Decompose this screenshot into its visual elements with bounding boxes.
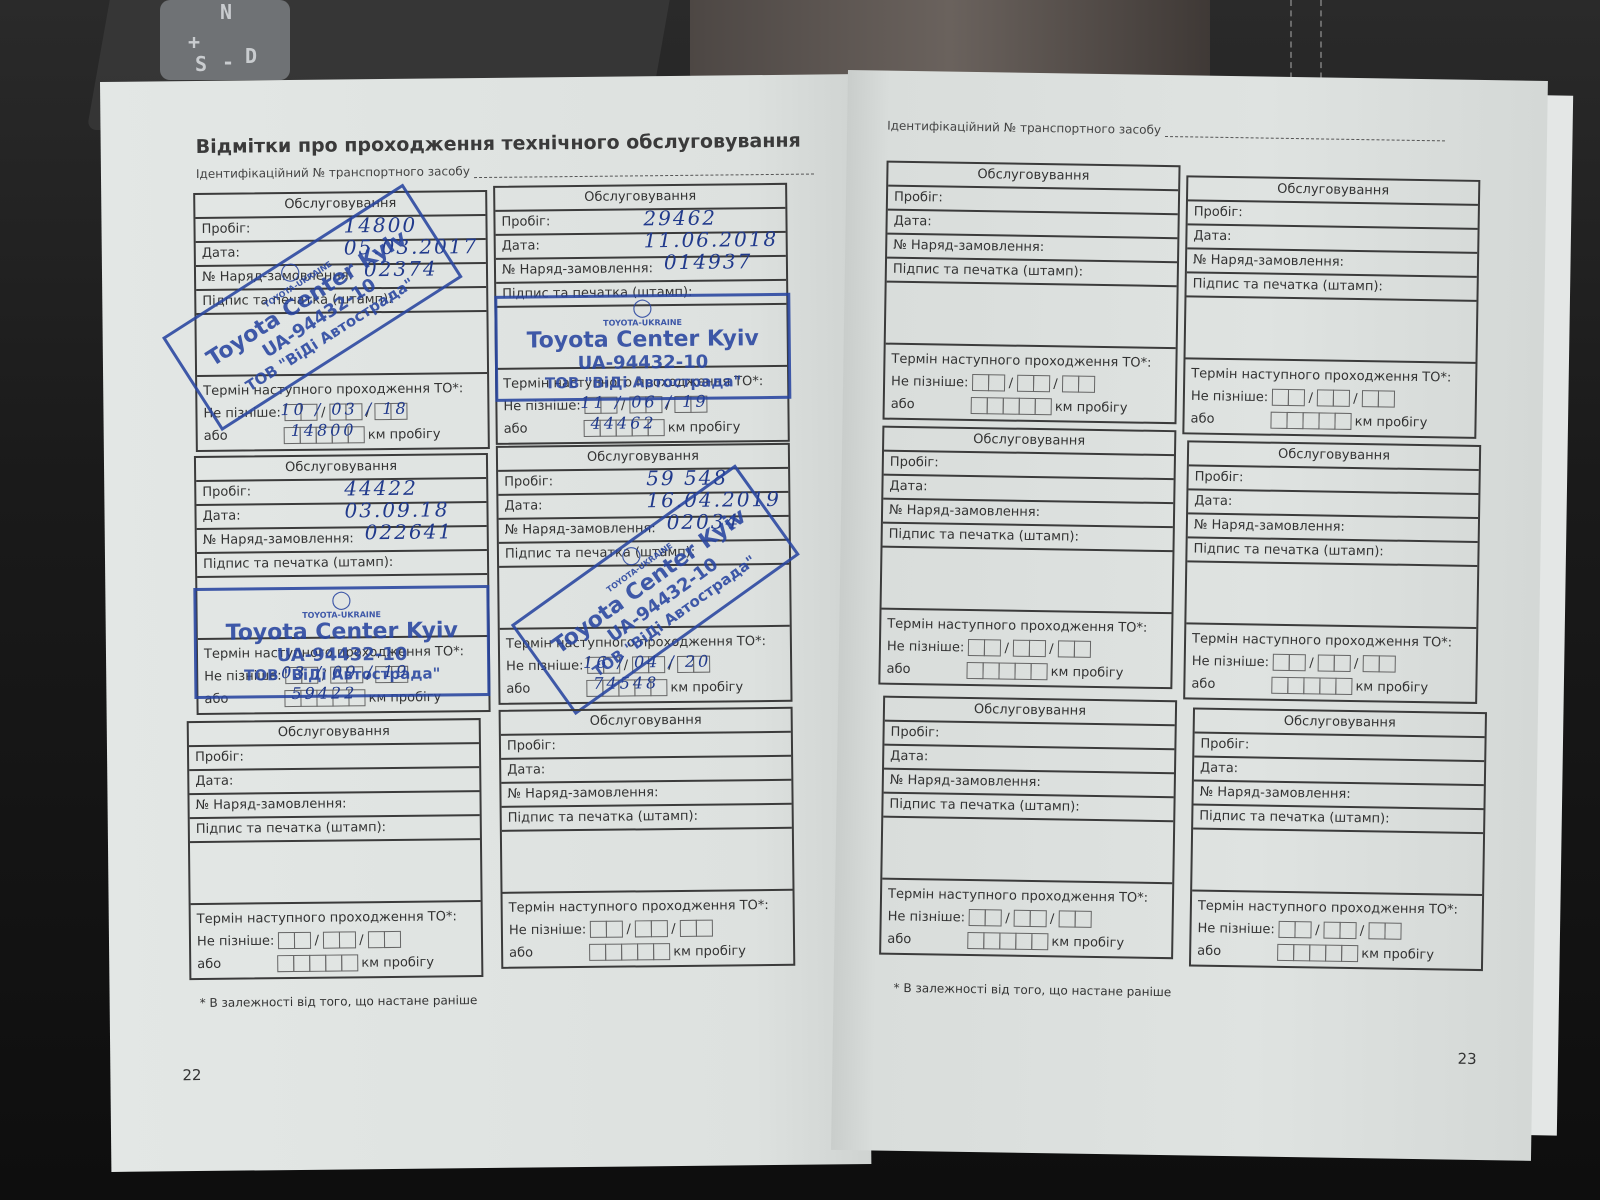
right-page: Ідентифікаційний № транспортного засобу … (831, 70, 1548, 1161)
digit-boxes[interactable] (1062, 373, 1094, 395)
stamp-dealer-name: Toyota Center Kyiv (197, 618, 487, 646)
handwritten-order-value: 022641 (365, 519, 454, 544)
or-label: або (509, 942, 589, 965)
order-label: № Наряд-замовлення: (502, 261, 653, 278)
stamp-organization: ТОВ "ВіДі Автострада" (498, 372, 788, 393)
km-label: км пробігу (1055, 399, 1128, 415)
signature-label: Підпис та печатка (штамп): (889, 797, 1079, 815)
digit-boxes[interactable] (1014, 908, 1046, 930)
gear-label-n: N (220, 0, 232, 24)
not-later-label: Не пізніше: (1197, 921, 1275, 937)
digit-boxes[interactable] (1368, 920, 1400, 942)
date-label: Дата: (195, 774, 233, 789)
km-label: км пробігу (1361, 946, 1434, 962)
signature-row: Підпис та печатка (штамп): (883, 524, 1173, 553)
digit-boxes[interactable] (1362, 388, 1394, 410)
date-label: Дата: (1194, 493, 1232, 509)
signature-row: Підпис та печатка (штамп): (197, 551, 487, 578)
signature-label: Підпис та печатка (штамп): (196, 820, 386, 837)
date-label: Дата: (1193, 228, 1231, 244)
card-header: Обслуговування (495, 185, 785, 212)
signature-label: Підпис та печатка (штамп): (1193, 541, 1383, 559)
vin-line: Ідентифікаційний № транспортного засобу (887, 119, 1445, 142)
km-label: км пробігу (361, 955, 434, 971)
date-label: Дата: (502, 238, 540, 253)
signature-row: Підпис та печатка (штамп): (883, 794, 1173, 823)
card-header: Обслуговування (195, 192, 485, 219)
card-header: Обслуговування (189, 720, 479, 747)
next-service-label: Термін наступного проходження ТО*: (197, 906, 475, 931)
page-number: 23 (1457, 1050, 1476, 1068)
or-label: або (1191, 673, 1271, 696)
mileage-label: Пробіг: (1200, 737, 1249, 753)
order-label: № Наряд-замовлення: (1200, 785, 1351, 802)
not-later-label: Не пізніше: (888, 909, 966, 925)
signature-area[interactable] (1192, 830, 1483, 897)
km-label: км пробігу (1051, 664, 1124, 680)
signature-row: Підпис та печатка (штамп): (887, 259, 1177, 288)
order-label: № Наряд-замовлення: (893, 238, 1044, 255)
service-record-card: ОбслуговуванняПробіг:Дата:№ Наряд-замовл… (883, 161, 1181, 425)
order-label: № Наряд-замовлення: (505, 521, 656, 538)
next-service-label: Термін наступного проходження ТО*: (509, 895, 787, 920)
date-label: Дата: (890, 749, 928, 765)
date-label: Дата: (507, 762, 545, 777)
next-service-section: Термін наступного проходження ТО*:Не піз… (1185, 624, 1476, 702)
not-later-label: Не пізніше: (1192, 654, 1270, 670)
footnote: * В залежності від того, що настане рані… (200, 993, 478, 1010)
signature-area[interactable] (882, 818, 1173, 885)
digit-boxes[interactable] (968, 637, 1000, 659)
stamp-organization: ТОВ "ВіДі Автострада" (197, 664, 487, 685)
next-service-section: Термін наступного проходження ТО*:Не піз… (191, 902, 482, 978)
next-service-section: Термін наступного проходження ТО*:Не піз… (885, 345, 1176, 423)
gear-label-plus: + (188, 30, 200, 54)
stamp-dealer-name: Toyota Center Kyiv (498, 326, 788, 354)
digit-boxes[interactable] (323, 929, 355, 951)
order-label: № Наряд-замовлення: (507, 785, 658, 802)
next-service-section: Термін наступного проходження ТО*:Не піз… (1191, 892, 1482, 970)
date-label: Дата: (202, 509, 240, 524)
km-label: км пробігу (368, 426, 441, 442)
stamp-dealer-code: UA-94432-10 (197, 643, 487, 667)
signature-row: Підпис та печатка (штамп): (1193, 806, 1483, 835)
mileage-label: Пробіг: (504, 474, 553, 490)
service-record-card: ОбслуговуванняПробіг:Дата:№ Наряд-замовл… (1182, 175, 1480, 439)
date-label: Дата: (889, 479, 927, 495)
signature-area[interactable] (882, 548, 1173, 615)
digit-boxes[interactable] (1058, 638, 1090, 660)
gear-label-d: D (245, 44, 257, 68)
digit-boxes[interactable] (1013, 638, 1045, 660)
service-record-card: ОбслуговуванняПробіг:Дата:№ Наряд-замовл… (187, 718, 484, 980)
not-later-label: Не пізніше: (891, 374, 969, 390)
handwritten-order-value: 014937 (664, 249, 753, 274)
order-row[interactable]: № Наряд-замовлення: (189, 792, 479, 819)
gear-selector-icon: N + S - D (160, 0, 290, 80)
signature-label: Підпис та печатка (штамп): (203, 555, 393, 572)
mileage-label: Пробіг: (202, 484, 251, 500)
order-row[interactable]: № Наряд-замовлення: (501, 781, 791, 808)
km-label: км пробігу (1355, 414, 1428, 430)
not-later-label: Не пізніше: (197, 934, 274, 950)
handwritten-mileage-value: 29462 (643, 206, 717, 231)
not-later-label: Не пізніше: (887, 639, 965, 655)
service-record-card: ОбслуговуванняПробіг:Дата:№ Наряд-замовл… (878, 426, 1176, 690)
digit-boxes[interactable] (969, 907, 1001, 929)
signature-area[interactable] (1186, 562, 1477, 629)
date-row[interactable]: Дата: (501, 757, 791, 784)
mileage-label: Пробіг: (507, 738, 556, 754)
mileage-label: Пробіг: (1195, 469, 1244, 485)
date-label: Дата: (202, 246, 240, 261)
vin-label: Ідентифікаційний № транспортного засобу (887, 119, 1161, 137)
signature-row: Підпис та печатка (штамп): (1186, 273, 1476, 302)
or-label: або (1197, 941, 1277, 964)
digit-boxes[interactable] (966, 659, 1046, 682)
wood-trim-panel (690, 0, 1210, 80)
digit-boxes[interactable] (1058, 908, 1090, 930)
digit-boxes[interactable] (589, 941, 669, 964)
or-label: або (504, 418, 584, 441)
signature-row: Підпис та печатка (штамп): (1187, 538, 1477, 567)
stamp-dealer-code: UA-94432-10 (498, 351, 788, 375)
next-service-section: Термін наступного проходження ТО*:Не піз… (881, 880, 1172, 958)
mileage-row[interactable]: Пробіг: (189, 744, 479, 771)
mileage-label: Пробіг: (894, 190, 943, 206)
next-service-section: Термін наступного проходження ТО*:Не піз… (503, 891, 794, 967)
digit-boxes[interactable] (1317, 387, 1349, 409)
mileage-label: Пробіг: (890, 725, 939, 741)
digit-boxes[interactable] (1323, 920, 1355, 942)
order-label: № Наряд-замовлення: (203, 531, 354, 548)
mileage-label: Пробіг: (890, 455, 939, 471)
handwritten-date-value: 11.06.2018 (644, 227, 779, 252)
card-header: Обслуговування (501, 709, 791, 736)
date-label: Дата: (504, 498, 542, 513)
handwritten-next-date: 10 / 03 / 18 (280, 399, 408, 419)
km-label: км пробігу (673, 943, 746, 959)
km-label: км пробігу (668, 419, 741, 435)
page-number: 22 (182, 1066, 201, 1084)
handwritten-next-km: 14800 (291, 420, 357, 440)
not-later-label: Не пізніше: (1191, 389, 1269, 405)
digit-boxes[interactable] (590, 919, 622, 941)
digit-boxes[interactable] (278, 930, 310, 952)
digit-boxes[interactable] (680, 918, 712, 940)
digit-boxes[interactable] (971, 394, 1051, 417)
km-label: км пробігу (1355, 679, 1428, 695)
or-label: або (886, 659, 966, 682)
card-header: Обслуговування (498, 445, 788, 472)
toyota-logo-icon: ◯ (497, 296, 787, 320)
service-record-card: ОбслуговуванняПробіг:Дата:№ Наряд-замовл… (1183, 440, 1481, 704)
digit-boxes[interactable] (1318, 652, 1350, 674)
handwritten-next-km: 44462 (591, 413, 657, 433)
digit-boxes[interactable] (1017, 373, 1049, 395)
order-label: № Наряд-замовлення: (890, 773, 1041, 790)
km-label: км пробігу (670, 679, 743, 695)
digit-boxes[interactable] (1273, 652, 1305, 674)
signature-area[interactable] (886, 283, 1177, 350)
date-label: Дата: (894, 214, 932, 230)
dealer-stamp: ◯TOYOTA-UKRAINEToyota Center KyivUA-9443… (494, 293, 791, 402)
or-label: або (891, 394, 971, 417)
signature-row: Підпис та печатка (штамп): (502, 805, 792, 832)
km-label: км пробігу (1051, 934, 1124, 950)
vin-label: Ідентифікаційний № транспортного засобу (196, 164, 470, 181)
date-row[interactable]: Дата: (189, 768, 479, 795)
digit-boxes[interactable] (1272, 387, 1304, 409)
gear-label-minus: - (222, 50, 234, 74)
signature-label: Підпис та печатка (штамп): (1193, 276, 1383, 294)
mileage-row[interactable]: Пробіг: (501, 733, 791, 760)
order-label: № Наряд-замовлення: (889, 503, 1040, 520)
service-record-card: ОбслуговуванняПробіг:Дата:№ Наряд-замовл… (879, 696, 1177, 960)
mileage-label: Пробіг: (201, 221, 250, 237)
or-label: або (197, 953, 277, 976)
digit-boxes[interactable] (972, 372, 1004, 394)
vin-line: Ідентифікаційний № транспортного засобу (196, 161, 814, 181)
digit-boxes[interactable] (1271, 674, 1351, 697)
or-label: або (204, 425, 284, 448)
signature-label: Підпис та печатка (штамп): (889, 527, 1079, 545)
page-title: Відмітки про проходження технічного обсл… (196, 130, 801, 158)
handwritten-mileage-value: 44422 (344, 476, 418, 501)
digit-boxes[interactable] (1362, 653, 1394, 675)
vin-field[interactable] (474, 164, 814, 179)
mileage-label: Пробіг: (501, 214, 550, 230)
mileage-label: Пробіг: (1194, 204, 1243, 220)
gear-label-s: S (195, 52, 207, 76)
digit-boxes[interactable] (635, 918, 667, 940)
dealer-stamp: ◯TOYOTA-UKRAINEToyota Center KyivUA-9443… (193, 585, 490, 699)
vin-field[interactable] (1165, 126, 1445, 141)
digit-boxes[interactable] (277, 952, 357, 975)
digit-boxes[interactable] (368, 929, 400, 951)
service-record-card: ОбслуговуванняПробіг:Дата:№ Наряд-замовл… (1189, 707, 1487, 971)
signature-area[interactable] (190, 840, 481, 905)
signature-label: Підпис та печатка (штамп): (1199, 809, 1389, 827)
left-page: Відмітки про проходження технічного обсл… (100, 74, 871, 1172)
digit-boxes[interactable] (967, 929, 1047, 952)
service-record-card: ОбслуговуванняПробіг:Дата:№ Наряд-замовл… (499, 707, 796, 969)
not-later-label: Не пізніше: (509, 922, 586, 938)
footnote: * В залежності від того, що настане рані… (893, 981, 1171, 999)
card-header: Обслуговування (196, 455, 486, 482)
or-label: або (887, 929, 967, 952)
signature-area[interactable] (502, 829, 793, 894)
next-service-section: Термін наступного проходження ТО*:Не піз… (1184, 359, 1475, 437)
next-service-section: Термін наступного проходження ТО*:Не піз… (880, 610, 1171, 688)
order-label: № Наряд-замовлення: (196, 796, 347, 813)
digit-boxes[interactable] (1277, 941, 1357, 964)
or-label: або (1190, 408, 1270, 431)
signature-area[interactable] (1185, 297, 1476, 364)
date-label: Дата: (1200, 761, 1238, 777)
toyota-logo-icon: ◯ (196, 588, 486, 612)
mileage-label: Пробіг: (195, 750, 244, 766)
order-label: № Наряд-замовлення: (1194, 517, 1345, 534)
order-label: № Наряд-замовлення: (1193, 252, 1344, 269)
digit-boxes[interactable] (1270, 409, 1350, 432)
signature-label: Підпис та печатка (штамп): (893, 262, 1083, 280)
signature-label: Підпис та печатка (штамп): (508, 809, 698, 826)
signature-row: Підпис та печатка (штамп): (190, 816, 480, 843)
digit-boxes[interactable] (1279, 919, 1311, 941)
